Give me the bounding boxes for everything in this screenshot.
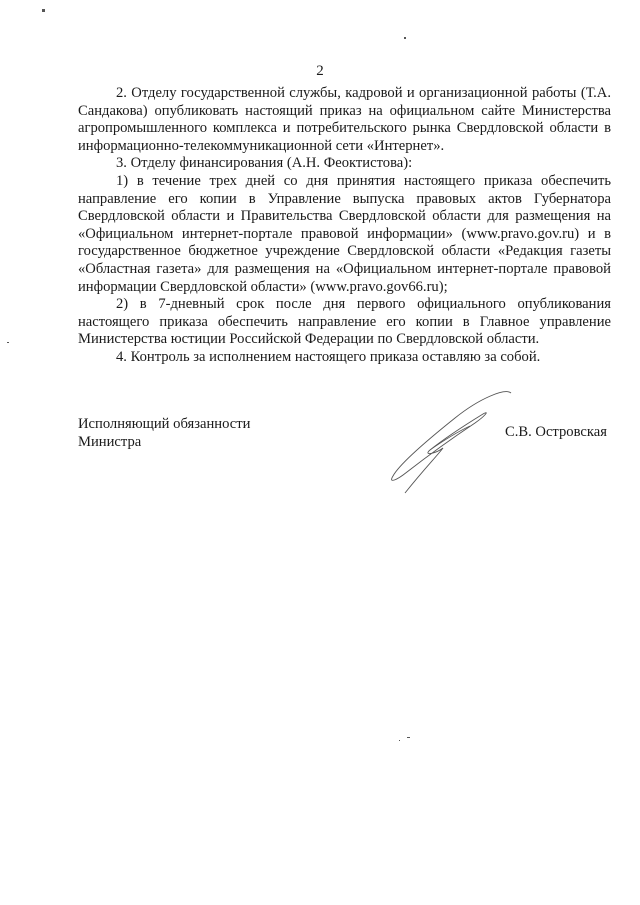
scan-artifact: [407, 737, 410, 738]
paragraph-subitem-3-1: 1) в течение трех дней со дня принятия н…: [78, 173, 611, 296]
paragraph-item-3: 3. Отделу финансирования (А.Н. Феоктисто…: [78, 155, 611, 173]
position-line-1: Исполняющий обязанности: [78, 415, 250, 433]
scan-artifact: [399, 740, 400, 741]
paragraph-subitem-3-2: 2) в 7-дневный срок после дня первого оф…: [78, 296, 611, 349]
signatory-position: Исполняющий обязанности Министра: [78, 415, 250, 451]
scan-artifact: [404, 37, 406, 39]
signatory-name: С.В. Островская: [505, 424, 607, 441]
scan-artifact: [7, 342, 9, 343]
position-line-2: Министра: [78, 433, 250, 451]
page-number: 2: [0, 63, 640, 80]
paragraph-item-2: 2. Отделу государственной службы, кадров…: [78, 85, 611, 155]
document-body: 2. Отделу государственной службы, кадров…: [78, 85, 611, 367]
scan-artifact: [42, 9, 45, 12]
handwritten-signature-icon: [385, 388, 515, 503]
paragraph-item-4: 4. Контроль за исполнением настоящего пр…: [78, 349, 611, 367]
